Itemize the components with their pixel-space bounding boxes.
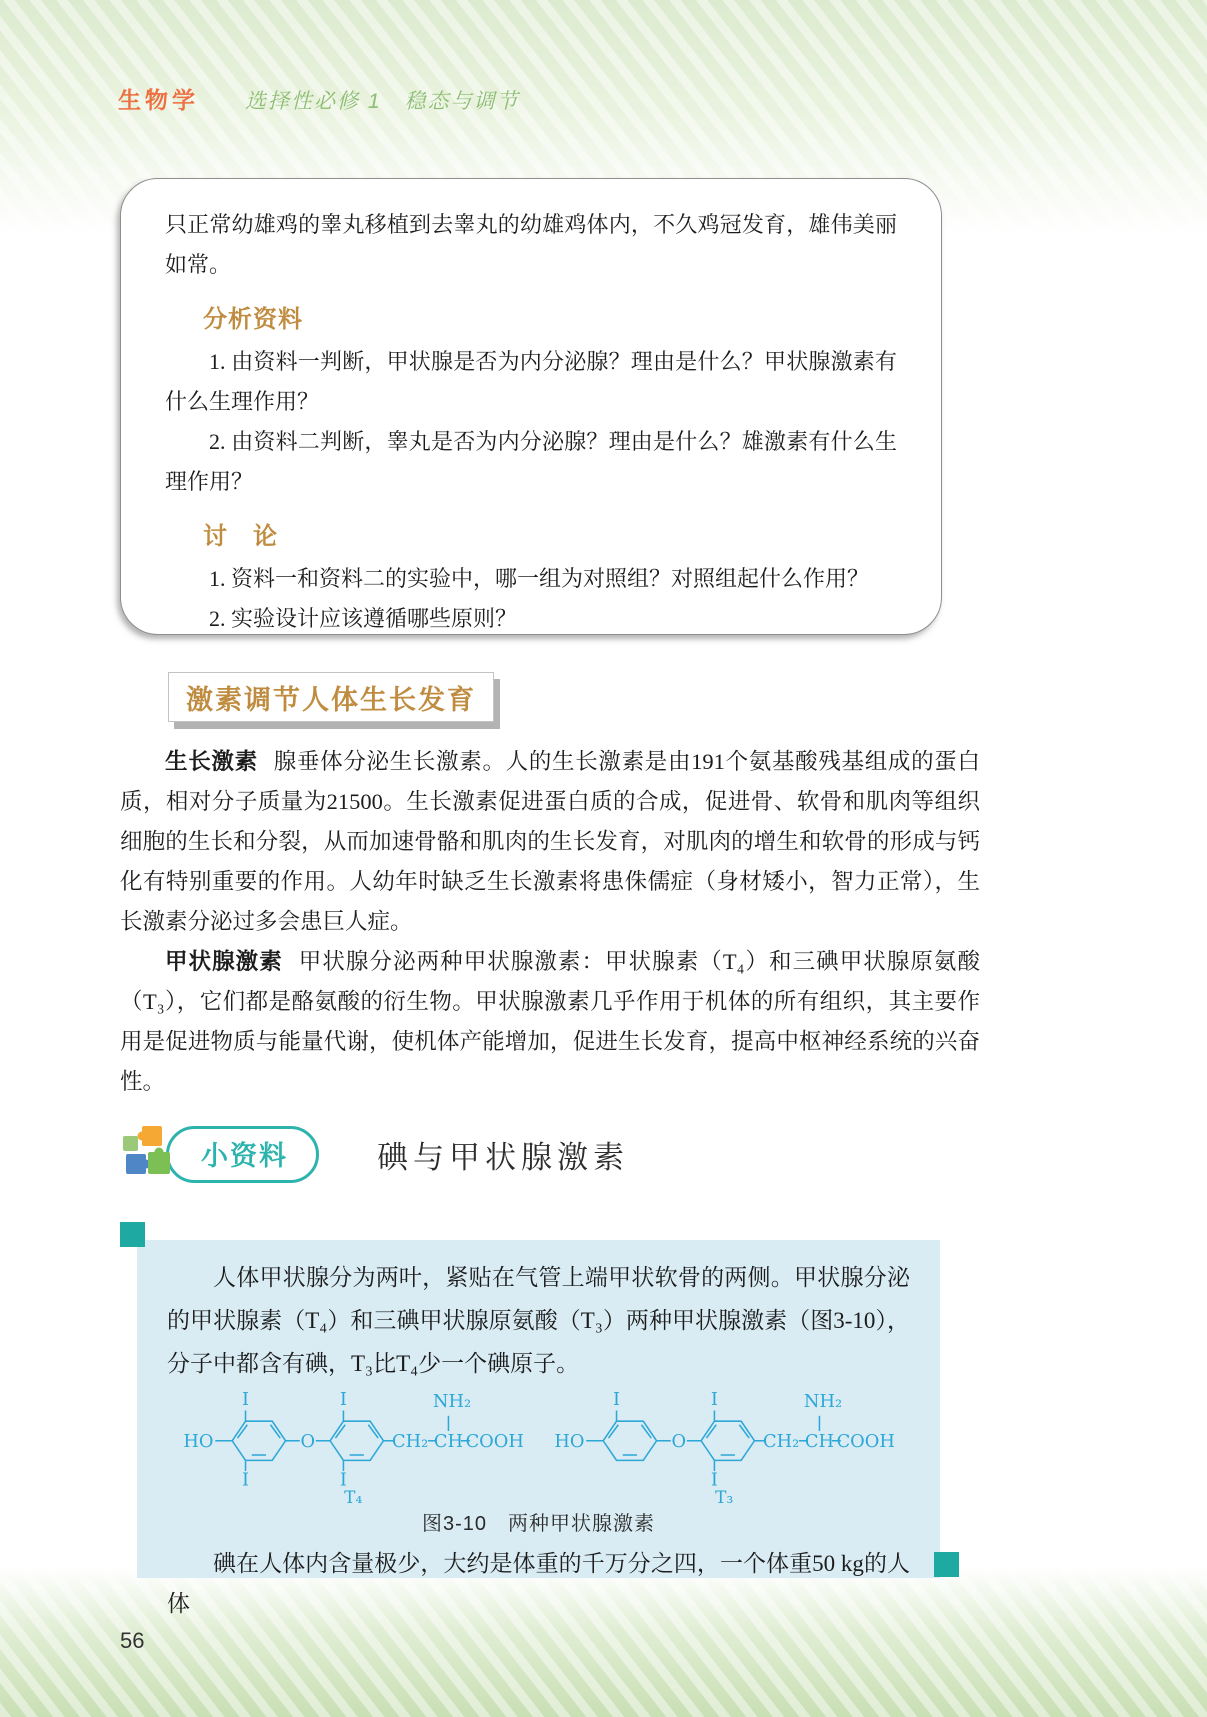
paragraph-growth-hormone: 生长激素腺垂体分泌生长激素。人的生长激素是由191个氨基酸残基组成的蛋白质，相对… <box>120 742 980 942</box>
atom-oxygen: O <box>301 1431 316 1452</box>
section-title: 激素调节人体生长发育 <box>186 678 476 717</box>
t4-structure-diagram: HO I I O I I CH₂ CH NH₂ COOH T₄ <box>177 1389 533 1505</box>
group-ch2: CH₂ <box>392 1431 428 1452</box>
activity-intro-line: 只正常幼雄鸡的睾丸移植到去睾丸的幼雄鸡体内，不久鸡冠发育，雄伟美丽如常。 <box>165 205 897 285</box>
figure-3-10: HO I I O I I CH₂ CH NH₂ COOH T₄ <box>167 1385 910 1505</box>
atom-iodine: I <box>340 1389 347 1410</box>
molecule-label-t3: T₃ <box>715 1487 733 1505</box>
textbook-page: 生物学 选择性必修 1 稳态与调节 只正常幼雄鸡的睾丸移植到去睾丸的幼雄鸡体内，… <box>0 0 1207 1717</box>
note-corner-mark-top-left <box>120 1222 145 1247</box>
paragraph-lead: 生长激素 <box>165 749 258 774</box>
atom-ho: HO <box>554 1431 584 1452</box>
molecule-label-t4: T₄ <box>344 1487 362 1505</box>
group-cooh: COOH <box>837 1431 895 1452</box>
analysis-item: 1. 由资料一判断，甲状腺是否为内分泌腺？理由是什么？甲状腺激素有什么生理作用？ <box>165 342 897 422</box>
atom-iodine: I <box>242 1469 249 1490</box>
analysis-heading: 分析资料 <box>203 299 897 334</box>
atom-iodine: I <box>242 1389 249 1410</box>
note-corner-mark-bottom-right <box>934 1552 959 1577</box>
atom-oxygen: O <box>672 1431 687 1452</box>
atom-ho: HO <box>183 1431 213 1452</box>
sidebar-note-box: 人体甲状腺分为两叶，紧贴在气管上端甲状软骨的两侧。甲状腺分泌的甲状腺素（T₄）和… <box>137 1240 940 1578</box>
t3-structure-diagram: HO I O I I CH₂ CH NH₂ COOH T₃ <box>548 1389 904 1505</box>
page-number: 56 <box>120 1628 144 1654</box>
group-ch: CH <box>805 1431 834 1452</box>
note-body: 人体甲状腺分为两叶，紧贴在气管上端甲状软骨的两侧。甲状腺分泌的甲状腺素（T₄）和… <box>167 1256 910 1385</box>
page-header: 生物学 选择性必修 1 稳态与调节 <box>118 82 520 115</box>
subject-label: 生物学 <box>118 82 199 115</box>
figure-caption: 图3-10 两种甲状腺激素 <box>167 1507 910 1536</box>
group-nh2: NH₂ <box>433 1391 471 1412</box>
group-ch: CH <box>434 1431 463 1452</box>
discussion-heading: 讨 论 <box>203 516 897 551</box>
note-closing-line: 碘在人体内含量极少，大约是体重的千万分之四，一个体重50 kg的人体 <box>167 1544 910 1624</box>
paragraph-thyroid-hormone: 甲状腺激素甲状腺分泌两种甲状腺激素：甲状腺素（T₄）和三碘甲状腺原氨酸（T₃），… <box>120 942 980 1102</box>
module-label: 选择性必修 1 稳态与调节 <box>245 85 520 115</box>
paragraph-body: 腺垂体分泌生长激素。人的生长激素是由191个氨基酸残基组成的蛋白质，相对分子质量… <box>120 749 980 934</box>
section-title-box: 激素调节人体生长发育 <box>168 672 494 722</box>
group-ch2: CH₂ <box>763 1431 799 1452</box>
group-nh2: NH₂ <box>804 1391 842 1412</box>
discussion-item: 2. 实验设计应该遵循哪些原则？ <box>165 599 897 639</box>
group-cooh: COOH <box>466 1431 524 1452</box>
atom-iodine: I <box>613 1389 620 1410</box>
atom-iodine: I <box>711 1389 718 1410</box>
discussion-item: 1. 资料一和资料二的实验中，哪一组为对照组？对照组起什么作用？ <box>165 559 897 599</box>
body-text: 生长激素腺垂体分泌生长激素。人的生长激素是由191个氨基酸残基组成的蛋白质，相对… <box>120 742 980 1102</box>
activity-box: 只正常幼雄鸡的睾丸移植到去睾丸的幼雄鸡体内，不久鸡冠发育，雄伟美丽如常。 分析资… <box>120 178 942 635</box>
paragraph-lead: 甲状腺激素 <box>165 949 283 974</box>
sidebar-note-badge-row: 小资料 碘与甲状腺激素 <box>120 1124 629 1184</box>
note-badge: 小资料 <box>166 1126 319 1183</box>
note-title: 碘与甲状腺激素 <box>377 1132 629 1177</box>
puzzle-icon <box>120 1124 180 1184</box>
analysis-item: 2. 由资料二判断，睾丸是否为内分泌腺？理由是什么？雄激素有什么生理作用？ <box>165 422 897 502</box>
